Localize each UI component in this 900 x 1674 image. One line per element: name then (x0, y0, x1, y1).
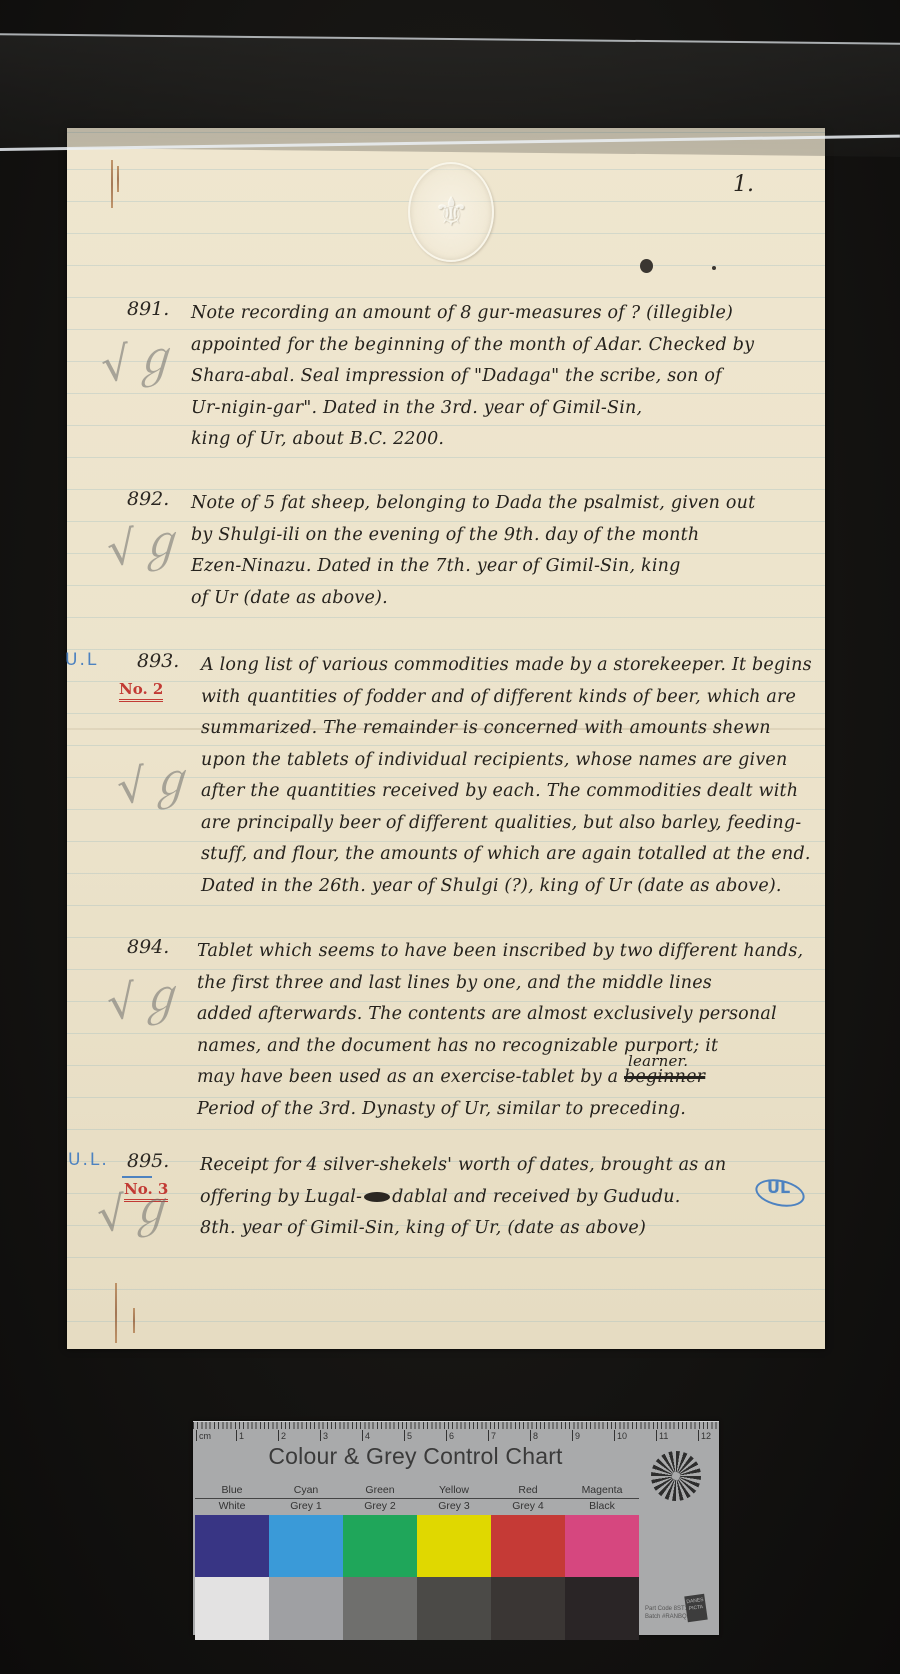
colour-labels: Blue Cyan Green Yellow Red Magenta (195, 1484, 639, 1496)
chart-title: Colour & Grey Control Chart (193, 1443, 638, 1470)
rust-mark (111, 160, 113, 208)
starburst-icon (651, 1451, 701, 1501)
entry-number: 895. (127, 1150, 169, 1172)
entry-number: 894. (127, 936, 169, 958)
margin-ul-annotation: U.L. (68, 1150, 109, 1170)
rust-mark (117, 166, 119, 192)
blue-underline (122, 1176, 152, 1178)
entry-number: 891. (127, 298, 169, 320)
brand-logo: DANES PICTA (684, 1594, 707, 1623)
ruler-labels: cm 1 2 3 4 5 6 7 8 9 10 11 12 (193, 1421, 719, 1443)
swatch-grey-3 (417, 1577, 491, 1640)
correction: beginnerlearner. (624, 1062, 705, 1094)
margin-ul-annotation: U.L (65, 650, 98, 670)
colour-control-chart: cm 1 2 3 4 5 6 7 8 9 10 11 12 Colour & G… (193, 1421, 719, 1635)
entry-number: 893. (137, 650, 179, 672)
ink-blot (364, 1192, 390, 1202)
swatch-green (343, 1515, 417, 1577)
pencil-checkmark: √ℊ (104, 971, 185, 1027)
swatch-blue (195, 1515, 269, 1577)
entry-number: 892. (127, 488, 169, 510)
swatch-black (565, 1577, 639, 1640)
blue-ul-mark: UL (767, 1178, 790, 1197)
entry-text: Note of 5 fat sheep, belonging to Dada t… (191, 488, 781, 614)
embossed-seal: ⚜ (408, 162, 494, 262)
grey-swatch-row (195, 1577, 639, 1640)
inserted-word: learner. (628, 1046, 688, 1078)
entry-text: Receipt for 4 silver-shekels' worth of d… (200, 1150, 790, 1245)
colour-swatch-row (195, 1515, 639, 1577)
swatch-white (195, 1577, 269, 1640)
pencil-checkmark: √ℊ (98, 333, 179, 389)
grey-labels: White Grey 1 Grey 2 Grey 3 Grey 4 Black (195, 1500, 639, 1512)
swatch-yellow (417, 1515, 491, 1577)
swatch-grey-1 (269, 1577, 343, 1640)
pencil-checkmark: √ℊ (104, 517, 185, 573)
rust-mark (133, 1308, 135, 1333)
rust-mark (115, 1283, 117, 1343)
coat-of-arms-icon: ⚜ (410, 164, 492, 260)
entry-text: Tablet which seems to have been inscribe… (197, 936, 787, 1125)
margin-number-annotation: No. 2 (119, 680, 163, 702)
swatch-grey-2 (343, 1577, 417, 1640)
page-number: 1. (733, 172, 754, 197)
pencil-checkmark: √ℊ (94, 1183, 175, 1239)
label-divider (195, 1498, 639, 1499)
entry-text: Note recording an amount of 8 gur-measur… (191, 298, 781, 456)
entry-text: A long list of various commodities made … (201, 650, 791, 902)
document-page: ⚜ 1. 891. Note recording an amount of 8 … (67, 128, 825, 1349)
pencil-checkmark: √ℊ (114, 755, 195, 811)
swatch-magenta (565, 1515, 639, 1577)
ink-spot (640, 259, 653, 273)
swatch-grey-4 (491, 1577, 565, 1640)
swatch-cyan (269, 1515, 343, 1577)
ink-speck (712, 266, 716, 270)
swatch-red (491, 1515, 565, 1577)
ruler-unit: cm (196, 1430, 211, 1441)
